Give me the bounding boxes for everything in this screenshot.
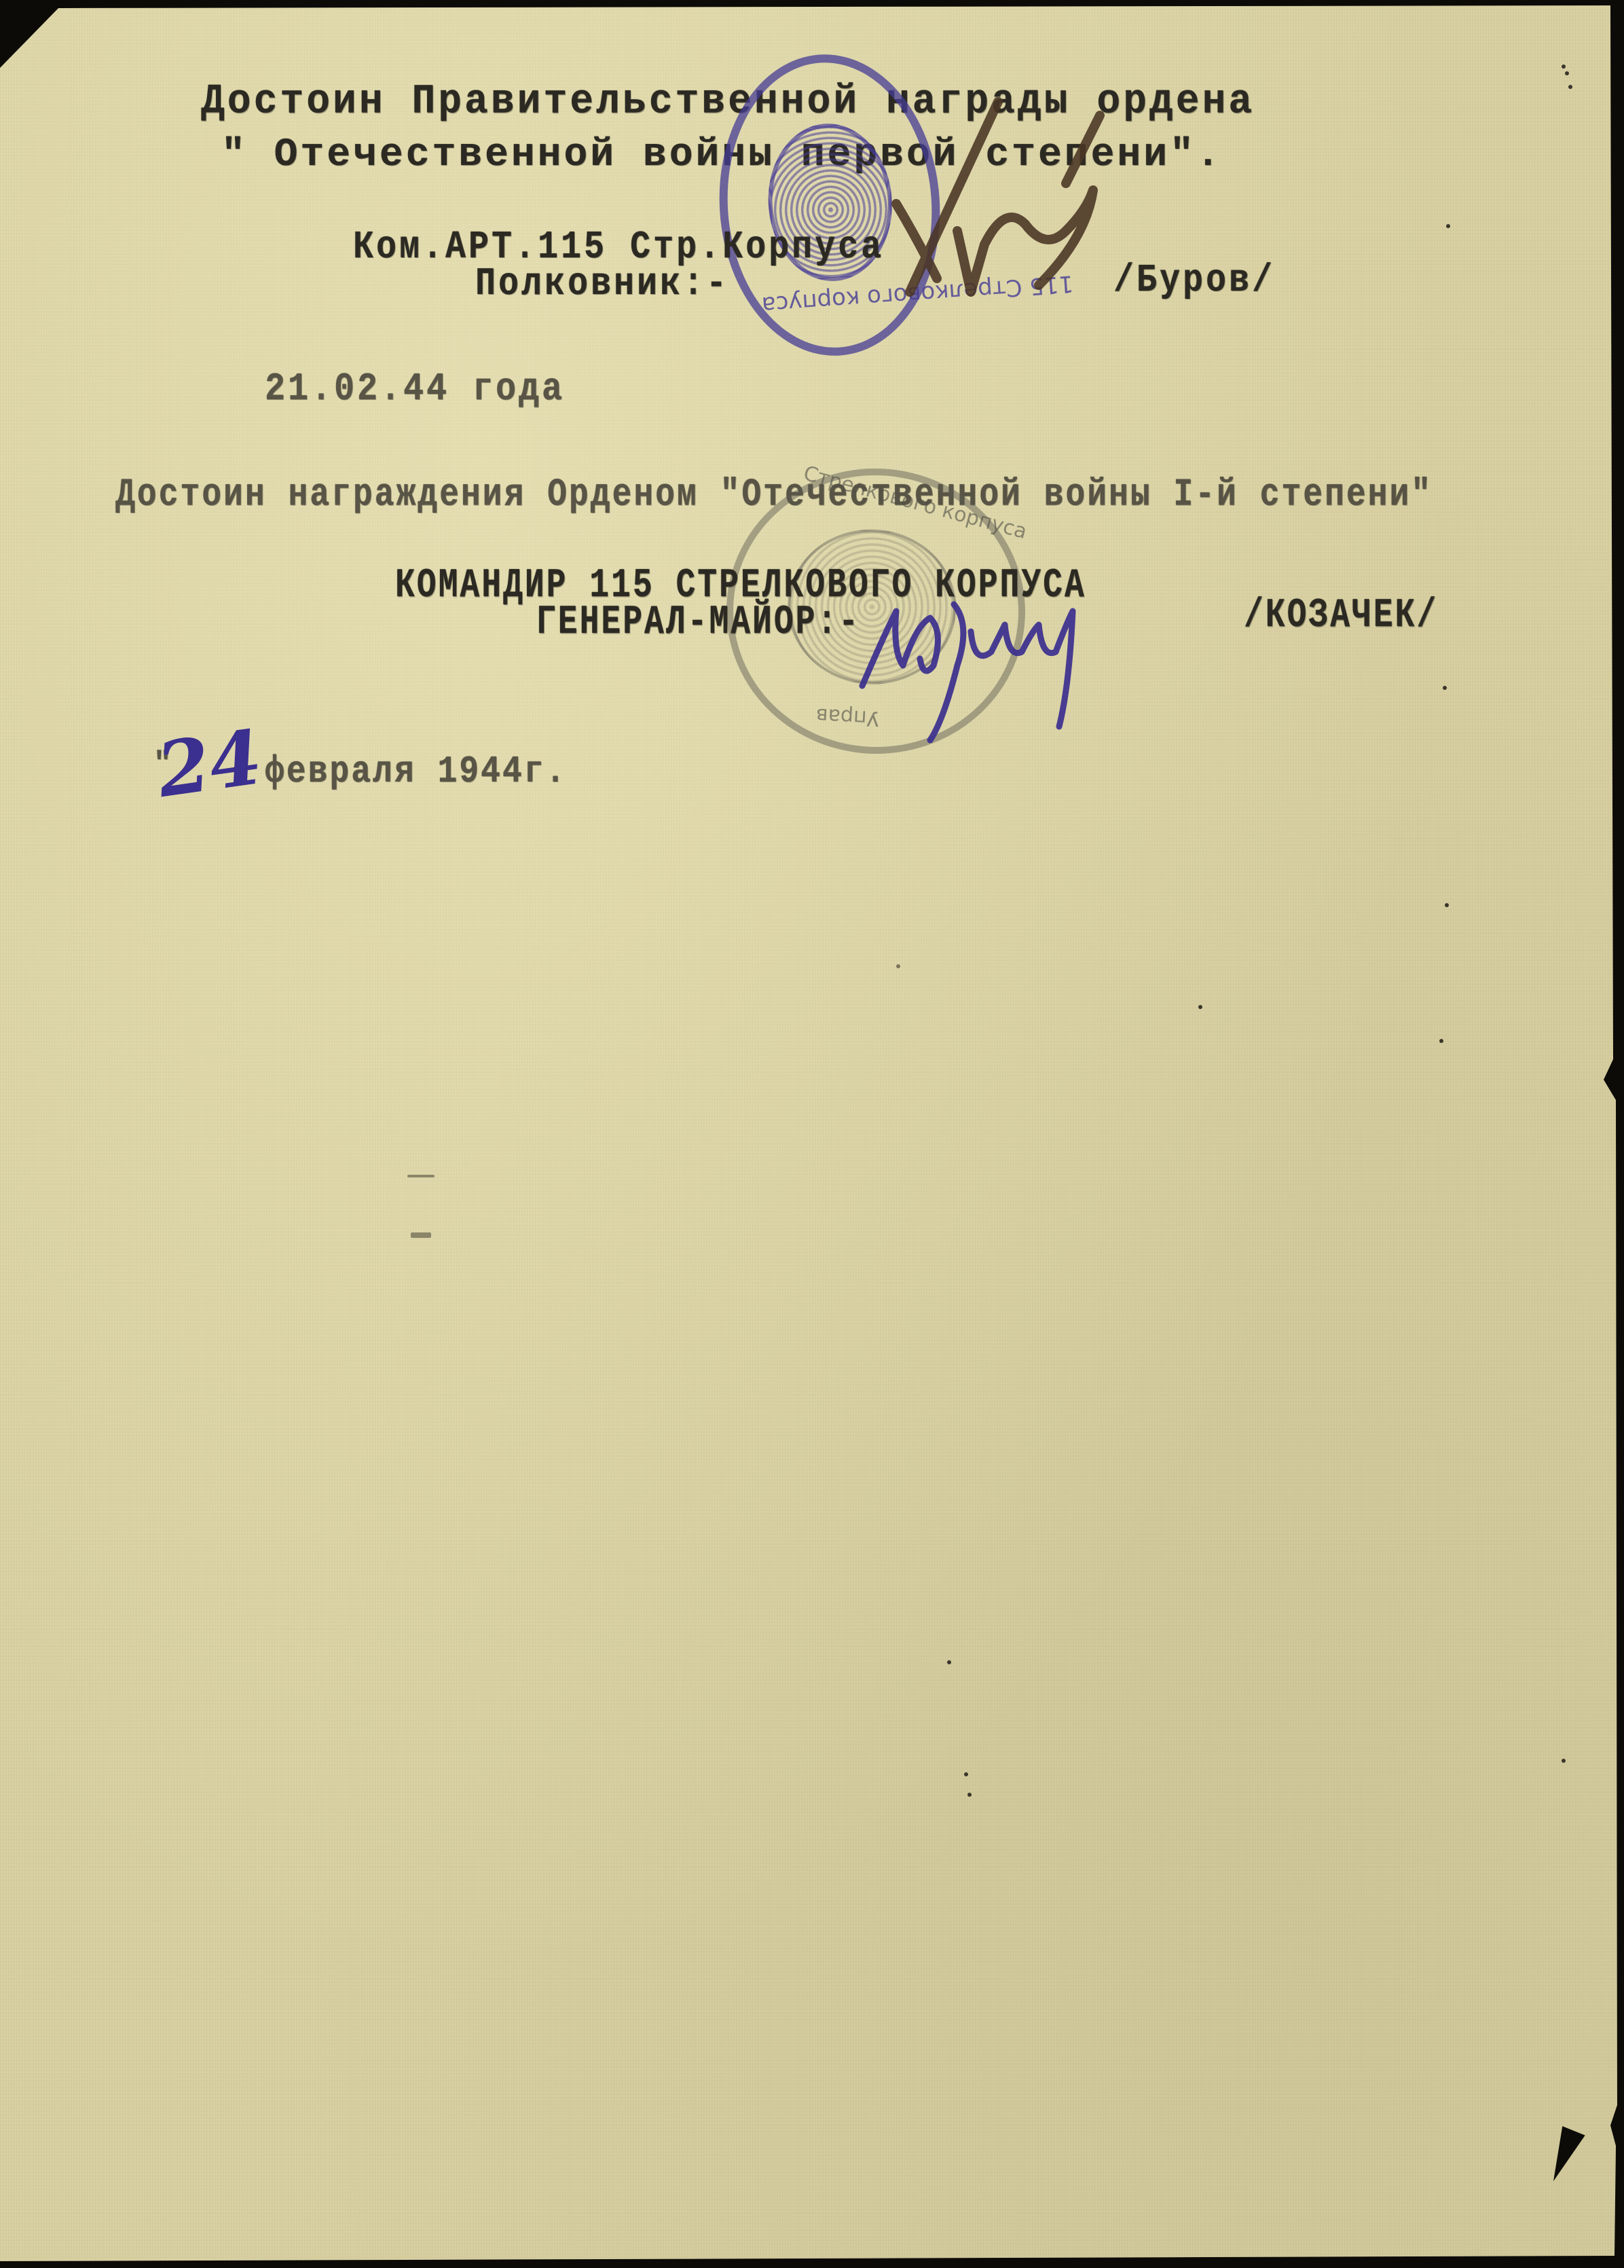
- paper-speck: [967, 1793, 972, 1797]
- date-line: 21.02.44 года: [265, 367, 565, 412]
- signer-name-burov: /Буров/: [1113, 259, 1275, 304]
- signature-brown-icon: [869, 88, 1154, 319]
- paper-speck: [1198, 1005, 1202, 1009]
- paper-tear: [1542, 2126, 1585, 2186]
- paper-speck: [1565, 71, 1569, 75]
- signature-violet-icon: [855, 584, 1100, 747]
- paper-speck: [964, 1772, 968, 1776]
- paper-speck: [1562, 1759, 1566, 1763]
- signer-rank: Полковник:-: [475, 262, 729, 307]
- paper-speck: [896, 964, 900, 968]
- award-endorsement-line: Достоин награждения Орденом "Отечественн…: [115, 473, 1433, 517]
- paper-speck: [407, 1175, 435, 1177]
- paper-speck: [1568, 85, 1572, 89]
- handwritten-day: 24: [152, 713, 267, 814]
- paper-speck: [1562, 65, 1566, 69]
- paper-speck: [1443, 686, 1447, 690]
- paper-speck: [411, 1232, 431, 1238]
- paper-speck: [947, 1660, 951, 1664]
- commander-rank: ГЕНЕРАЛ-МАЙОР:-: [536, 600, 860, 646]
- paper-speck: [1446, 224, 1450, 228]
- signer-name-kozachek: /КОЗАЧЕК/: [1244, 593, 1438, 639]
- paper-speck: [1439, 1039, 1443, 1043]
- document-page: Достоин Правительственной награды ордена…: [0, 0, 1624, 2268]
- date-month-year: февраля 1944г.: [265, 751, 567, 793]
- paper-speck: [1445, 903, 1449, 907]
